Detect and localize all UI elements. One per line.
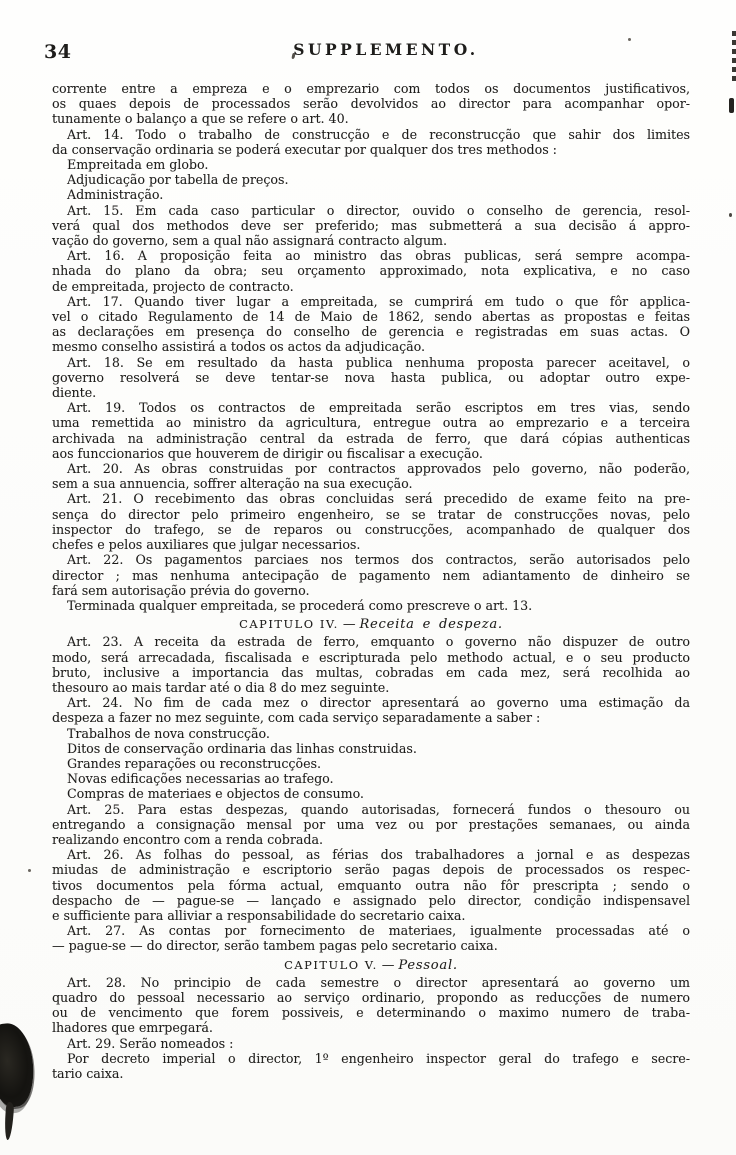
text-line: despacho de — pague-se — lançado e assig… <box>52 893 690 908</box>
page-edge-artifact <box>729 98 734 113</box>
ink-streak-artifact <box>4 1102 15 1140</box>
list-item: Grandes reparações ou reconstrucções. <box>52 756 690 771</box>
text-line: as declarações em presença do conselho d… <box>52 324 690 339</box>
scanned-document-page: 34 SUPPLEMENTO. corrente entre a empreza… <box>0 0 736 1155</box>
scan-speck <box>28 869 31 872</box>
text-line: Trabalhos de nova construcção. <box>52 726 690 741</box>
paragraph: Art. 22. Os pagamentos parciaes nos term… <box>52 552 690 598</box>
text-line: miudas de administração e escriptorio se… <box>52 862 690 877</box>
text-line: modo, será arrecadada, fiscalisada e esc… <box>52 650 690 665</box>
paragraph: Art. 15. Em cada caso particular o direc… <box>52 203 690 249</box>
page-header: 34 SUPPLEMENTO. <box>52 40 690 66</box>
text-line: despeza a fazer no mez seguinte, com cad… <box>52 710 690 725</box>
paragraph: Art. 25. Para estas despezas, quando aut… <box>52 802 690 848</box>
text-line: Art. 26. As folhas do pessoal, as férias… <box>52 847 690 862</box>
scan-speck <box>729 213 732 217</box>
page-edge-artifact <box>732 31 736 83</box>
text-line: Art. 17. Quando tiver lugar a empreitada… <box>52 294 690 309</box>
paragraph: Art. 26. As folhas do pessoal, as férias… <box>52 847 690 923</box>
list-item: Ditos de conservação ordinaria das linha… <box>52 741 690 756</box>
text-line: os quaes depois de processados serão dev… <box>52 96 690 111</box>
text-line: thesouro ao mais tardar até o dia 8 do m… <box>52 680 690 695</box>
paragraph: Por decreto imperial o director, 1º enge… <box>52 1051 690 1081</box>
text-line: lhadores que emrpegará. <box>52 1020 690 1035</box>
text-line: archivada na administração central da es… <box>52 431 690 446</box>
text-line: aos funccionarios que houverem de dirigi… <box>52 446 690 461</box>
text-line: verá qual dos methodos deve ser preferid… <box>52 218 690 233</box>
chapter-title: Receita e despeza. <box>359 617 502 632</box>
text-line: Art. 24. No fim de cada mez o director a… <box>52 695 690 710</box>
chapter-label: CAPITULO IV. <box>239 618 339 631</box>
text-line: uma remettida ao ministro da agricultura… <box>52 415 690 430</box>
text-line: Art. 18. Se em resultado da hasta public… <box>52 355 690 370</box>
paragraph: Art. 29. Serão nomeados : <box>52 1036 690 1051</box>
paragraph: Art. 20. As obras construidas por contra… <box>52 461 690 491</box>
text-line: tunamente o balanço a que se refere o ar… <box>52 111 690 126</box>
text-line: fará sem autorisação prévia do governo. <box>52 583 690 598</box>
text-line: governo resolverá se deve tentar-se nova… <box>52 370 690 385</box>
paragraph: Art. 19. Todos os contractos de empreita… <box>52 400 690 461</box>
list-item: Compras de materiaes e objectos de consu… <box>52 786 690 801</box>
text-line: diente. <box>52 385 690 400</box>
list-item: Trabalhos de nova construcção. <box>52 726 690 741</box>
scan-speck <box>628 38 631 41</box>
text-line: Art. 22. Os pagamentos parciaes nos term… <box>52 552 690 567</box>
text-line: vel o citado Regulamento de 14 de Maio d… <box>52 309 690 324</box>
text-line: Empreitada em globo. <box>52 157 690 172</box>
paragraph: Art. 17. Quando tiver lugar a empreitada… <box>52 294 690 355</box>
text-line: Terminada qualquer empreitada, se proced… <box>52 598 690 613</box>
page-title: SUPPLEMENTO. <box>52 40 690 59</box>
text-line: tario caixa. <box>52 1066 690 1081</box>
text-column: corrente entre a empreza e o emprezario … <box>52 81 690 1081</box>
chapter-title: Pessoal. <box>398 958 457 973</box>
text-line: Art. 28. No principio de cada semestre o… <box>52 975 690 990</box>
text-line: inspector do trafego, se de reparos ou c… <box>52 522 690 537</box>
list-item: Administração. <box>52 187 690 202</box>
paragraph: Art. 14. Todo o trabalho de construcção … <box>52 127 690 157</box>
paragraph: Terminada qualquer empreitada, se proced… <box>52 598 690 613</box>
chapter-heading: CAPITULO V. — Pessoal. <box>52 957 690 973</box>
paragraph: corrente entre a empreza e o emprezario … <box>52 81 690 127</box>
paragraph: Art. 16. A proposição feita ao ministro … <box>52 248 690 294</box>
text-line: sença do director pelo primeiro engenhei… <box>52 507 690 522</box>
text-line: de empreitada, projecto de contracto. <box>52 279 690 294</box>
text-line: realizando encontro com a renda cobrada. <box>52 832 690 847</box>
text-line: bruto, inclusive a importancia das multa… <box>52 665 690 680</box>
text-line: Art. 14. Todo o trabalho de construcção … <box>52 127 690 142</box>
paragraph: Art. 21. O recebimento das obras conclui… <box>52 491 690 552</box>
text-line: sem a sua annuencia, soffrer alteração n… <box>52 476 690 491</box>
text-line: Art. 25. Para estas despezas, quando aut… <box>52 802 690 817</box>
text-line: da conservação ordinaria se poderá execu… <box>52 142 690 157</box>
text-line: Compras de materiaes e objectos de consu… <box>52 786 690 801</box>
text-line: Art. 20. As obras construidas por contra… <box>52 461 690 476</box>
text-line: mesmo conselho assistirá a todos os acto… <box>52 339 690 354</box>
text-line: entregando a consignação mensal por uma … <box>52 817 690 832</box>
list-item: Adjudicação por tabella de preços. <box>52 172 690 187</box>
text-line: vação do governo, sem a qual não assigna… <box>52 233 690 248</box>
paragraph: Art. 28. No principio de cada semestre o… <box>52 975 690 1036</box>
paragraph: Art. 27. As contas por fornecimento de m… <box>52 923 690 953</box>
text-line: director ; mas nenhuma antecipação de pa… <box>52 568 690 583</box>
text-line: Art. 29. Serão nomeados : <box>52 1036 690 1051</box>
chapter-label: CAPITULO V. <box>284 959 378 972</box>
chapter-heading: CAPITULO IV. — Receita e despeza. <box>52 616 690 632</box>
text-line: Ditos de conservação ordinaria das linha… <box>52 741 690 756</box>
list-item: Novas edificações necessarias ao trafego… <box>52 771 690 786</box>
text-line: Art. 15. Em cada caso particular o direc… <box>52 203 690 218</box>
text-line: Art. 23. A receita da estrada de ferro, … <box>52 634 690 649</box>
text-line: — pague-se — do director, serão tambem p… <box>52 938 690 953</box>
text-line: Art. 19. Todos os contractos de empreita… <box>52 400 690 415</box>
text-line: corrente entre a empreza e o emprezario … <box>52 81 690 96</box>
text-line: ou de vencimento que forem possiveis, e … <box>52 1005 690 1020</box>
paragraph: Art. 23. A receita da estrada de ferro, … <box>52 634 690 695</box>
text-line: nhada do plano da obra; seu orçamento ap… <box>52 263 690 278</box>
text-line: Art. 27. As contas por fornecimento de m… <box>52 923 690 938</box>
text-line: Grandes reparações ou reconstrucções. <box>52 756 690 771</box>
text-line: Por decreto imperial o director, 1º enge… <box>52 1051 690 1066</box>
text-line: chefes e pelos auxiliares que julgar nec… <box>52 537 690 552</box>
page-number: 34 <box>44 41 71 63</box>
text-line: e sufficiente para alliviar a responsabi… <box>52 908 690 923</box>
text-line: Novas edificações necessarias ao trafego… <box>52 771 690 786</box>
text-line: Art. 21. O recebimento das obras conclui… <box>52 491 690 506</box>
list-item: Empreitada em globo. <box>52 157 690 172</box>
text-line: tivos documentos pela fórma actual, emqu… <box>52 878 690 893</box>
text-line: Administração. <box>52 187 690 202</box>
paragraph: Art. 24. No fim de cada mez o director a… <box>52 695 690 725</box>
text-line: Adjudicação por tabella de preços. <box>52 172 690 187</box>
text-line: Art. 16. A proposição feita ao ministro … <box>52 248 690 263</box>
paragraph: Art. 18. Se em resultado da hasta public… <box>52 355 690 401</box>
text-line: quadro do pessoal necessario ao serviço … <box>52 990 690 1005</box>
ink-smudge-artifact <box>0 1021 38 1109</box>
